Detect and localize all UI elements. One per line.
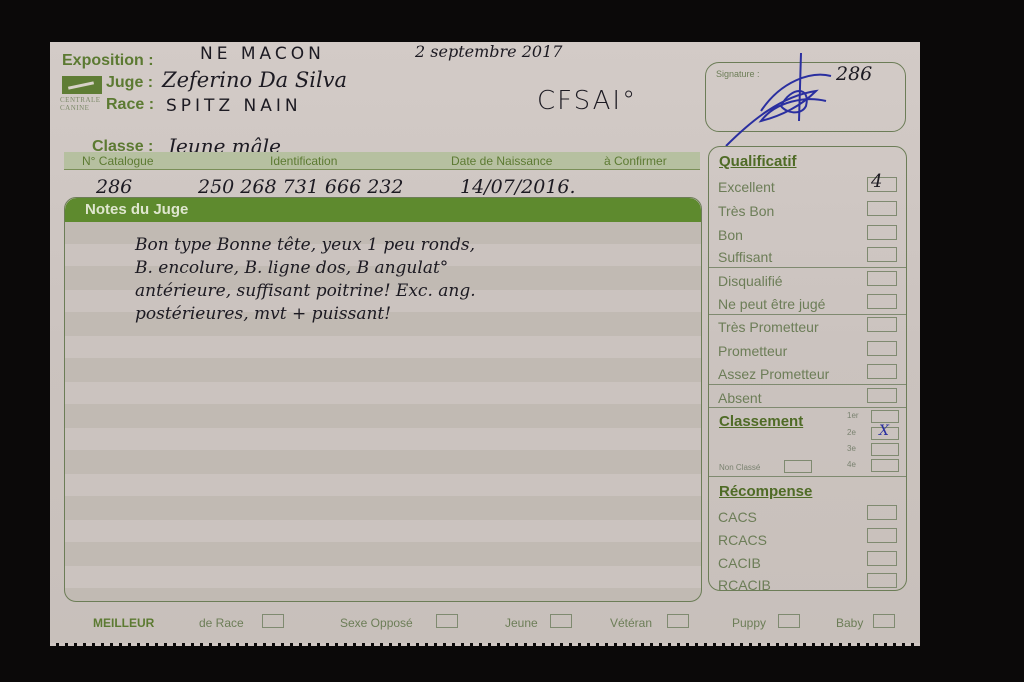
race-label: Race : <box>106 96 154 114</box>
juge-label: Juge : <box>106 74 153 92</box>
recompense-cacib-checkbox[interactable] <box>867 551 897 566</box>
date-value: 2 septembre 2017 <box>415 42 562 61</box>
qualif-assez-prometteur-label: Assez Prometteur <box>718 366 829 382</box>
non-classe-label: Non Classé <box>719 463 760 472</box>
meilleur-puppy-checkbox[interactable] <box>778 614 800 628</box>
meilleur-sexe-oppose-checkbox[interactable] <box>436 614 458 628</box>
meilleur-de-race-checkbox[interactable] <box>262 614 284 628</box>
qualif-tres-bon-checkbox[interactable] <box>867 201 897 216</box>
meilleur-jeune-checkbox[interactable] <box>550 614 572 628</box>
meilleur-puppy-label: Puppy <box>732 616 766 630</box>
qualif-prometteur-checkbox[interactable] <box>867 341 897 356</box>
qualif-absent-checkbox[interactable] <box>867 388 897 403</box>
to-confirm-header: à Confirmer <box>604 154 667 168</box>
club-value: CFSAI° <box>537 86 637 116</box>
catalog-number-value: 286 <box>96 176 132 198</box>
rank-4-checkbox[interactable] <box>871 459 899 472</box>
qualif-ne-peut-etre-juge-label: Ne peut être jugé <box>718 296 825 312</box>
notes-line: antérieure, suffisant poitrine! Exc. ang… <box>135 280 695 303</box>
signature-box: Signature : 286 <box>705 62 906 132</box>
classement-title: Classement <box>719 413 803 430</box>
rank-2-mark: X <box>879 423 889 439</box>
meilleur-baby-label: Baby <box>836 616 863 630</box>
recompense-cacs-checkbox[interactable] <box>867 505 897 520</box>
logo-text: CENTRALE CANINE <box>60 96 101 112</box>
qualificatif-title: Qualificatif <box>719 153 797 170</box>
race-value: SPITZ NAIN <box>166 96 302 116</box>
centrale-canine-logo-icon <box>62 76 102 94</box>
meilleur-jeune-label: Jeune <box>505 616 538 630</box>
recompense-rcacs-checkbox[interactable] <box>867 528 897 543</box>
qualif-tres-prometteur-label: Très Prometteur <box>718 319 819 335</box>
rank-3-checkbox[interactable] <box>871 443 899 456</box>
qualif-bon-checkbox[interactable] <box>867 225 897 240</box>
divider <box>709 314 906 315</box>
meilleur-footer: MEILLEUR de Race Sexe Opposé Jeune Vétér… <box>50 602 920 642</box>
divider <box>709 476 906 477</box>
rank-1-label: 1er <box>847 411 859 420</box>
judge-report-card: Exposition : CENTRALE CANINE Juge : Race… <box>50 42 920 644</box>
qualif-prometteur-label: Prometteur <box>718 343 787 359</box>
rank-2-label: 2e <box>847 428 856 437</box>
divider <box>709 407 906 408</box>
recompense-rcacs-label: RCACS <box>718 532 767 548</box>
qualificatif-panel: Qualificatif Excellent 4 Très Bon Bon Su… <box>708 146 907 591</box>
qualif-suffisant-label: Suffisant <box>718 249 772 265</box>
exposition-label: Exposition : <box>62 52 154 70</box>
meilleur-title: MEILLEUR <box>93 616 154 630</box>
non-classe-checkbox[interactable] <box>784 460 812 473</box>
rank-1-checkbox[interactable] <box>871 410 899 423</box>
qualif-absent-label: Absent <box>718 390 762 406</box>
qualif-suffisant-checkbox[interactable] <box>867 247 897 262</box>
meilleur-sexe-oppose-label: Sexe Opposé <box>340 616 413 630</box>
qualif-bon-label: Bon <box>718 227 743 243</box>
signature-scribble-icon <box>721 51 851 151</box>
identification-header: Identification <box>270 154 337 168</box>
meilleur-veteran-label: Vétéran <box>610 616 652 630</box>
catalog-number-header: N° Catalogue <box>82 154 154 168</box>
meilleur-de-race-label: de Race <box>199 616 244 630</box>
qualif-excellent-label: Excellent <box>718 179 775 195</box>
qualif-tres-bon-label: Très Bon <box>718 203 774 219</box>
recompense-cacib-label: CACIB <box>718 555 761 571</box>
qualif-assez-prometteur-checkbox[interactable] <box>867 364 897 379</box>
notes-line: Bon type Bonne tête, yeux 1 peu ronds, <box>135 234 695 257</box>
notes-text: Bon type Bonne tête, yeux 1 peu ronds, B… <box>135 234 695 326</box>
recompense-rcacib-label: RCACIB <box>718 577 771 593</box>
rank-4-label: 4e <box>847 460 856 469</box>
exposition-value: NE MACON <box>200 44 325 64</box>
judge-notes-section: Notes du Juge Bon type Bonne tête, yeux … <box>64 197 702 602</box>
recompense-cacs-label: CACS <box>718 509 757 525</box>
meilleur-veteran-checkbox[interactable] <box>667 614 689 628</box>
juge-value: Zeferino Da Silva <box>162 68 347 92</box>
notes-line: B. encolure, B. ligne dos, B angulat° <box>135 257 695 280</box>
birth-date-value: 14/07/2016. <box>460 176 576 198</box>
birth-date-header: Date de Naissance <box>451 154 552 168</box>
qualif-disqualifie-checkbox[interactable] <box>867 271 897 286</box>
divider <box>709 267 906 268</box>
divider <box>709 384 906 385</box>
identification-value: 250 268 731 666 232 <box>198 176 403 198</box>
qualif-excellent-mark: 4 <box>871 171 882 192</box>
meilleur-baby-checkbox[interactable] <box>873 614 895 628</box>
qualif-tres-prometteur-checkbox[interactable] <box>867 317 897 332</box>
recompense-rcacib-checkbox[interactable] <box>867 573 897 588</box>
notes-title: Notes du Juge <box>65 198 701 222</box>
catalog-header-bar: N° Catalogue Identification Date de Nais… <box>64 152 700 170</box>
qualif-ne-peut-etre-juge-checkbox[interactable] <box>867 294 897 309</box>
recompense-title: Récompense <box>719 483 812 500</box>
qualif-disqualifie-label: Disqualifié <box>718 273 783 289</box>
rank-3-label: 3e <box>847 444 856 453</box>
notes-line: postérieures, mvt + puissant! <box>135 303 695 326</box>
